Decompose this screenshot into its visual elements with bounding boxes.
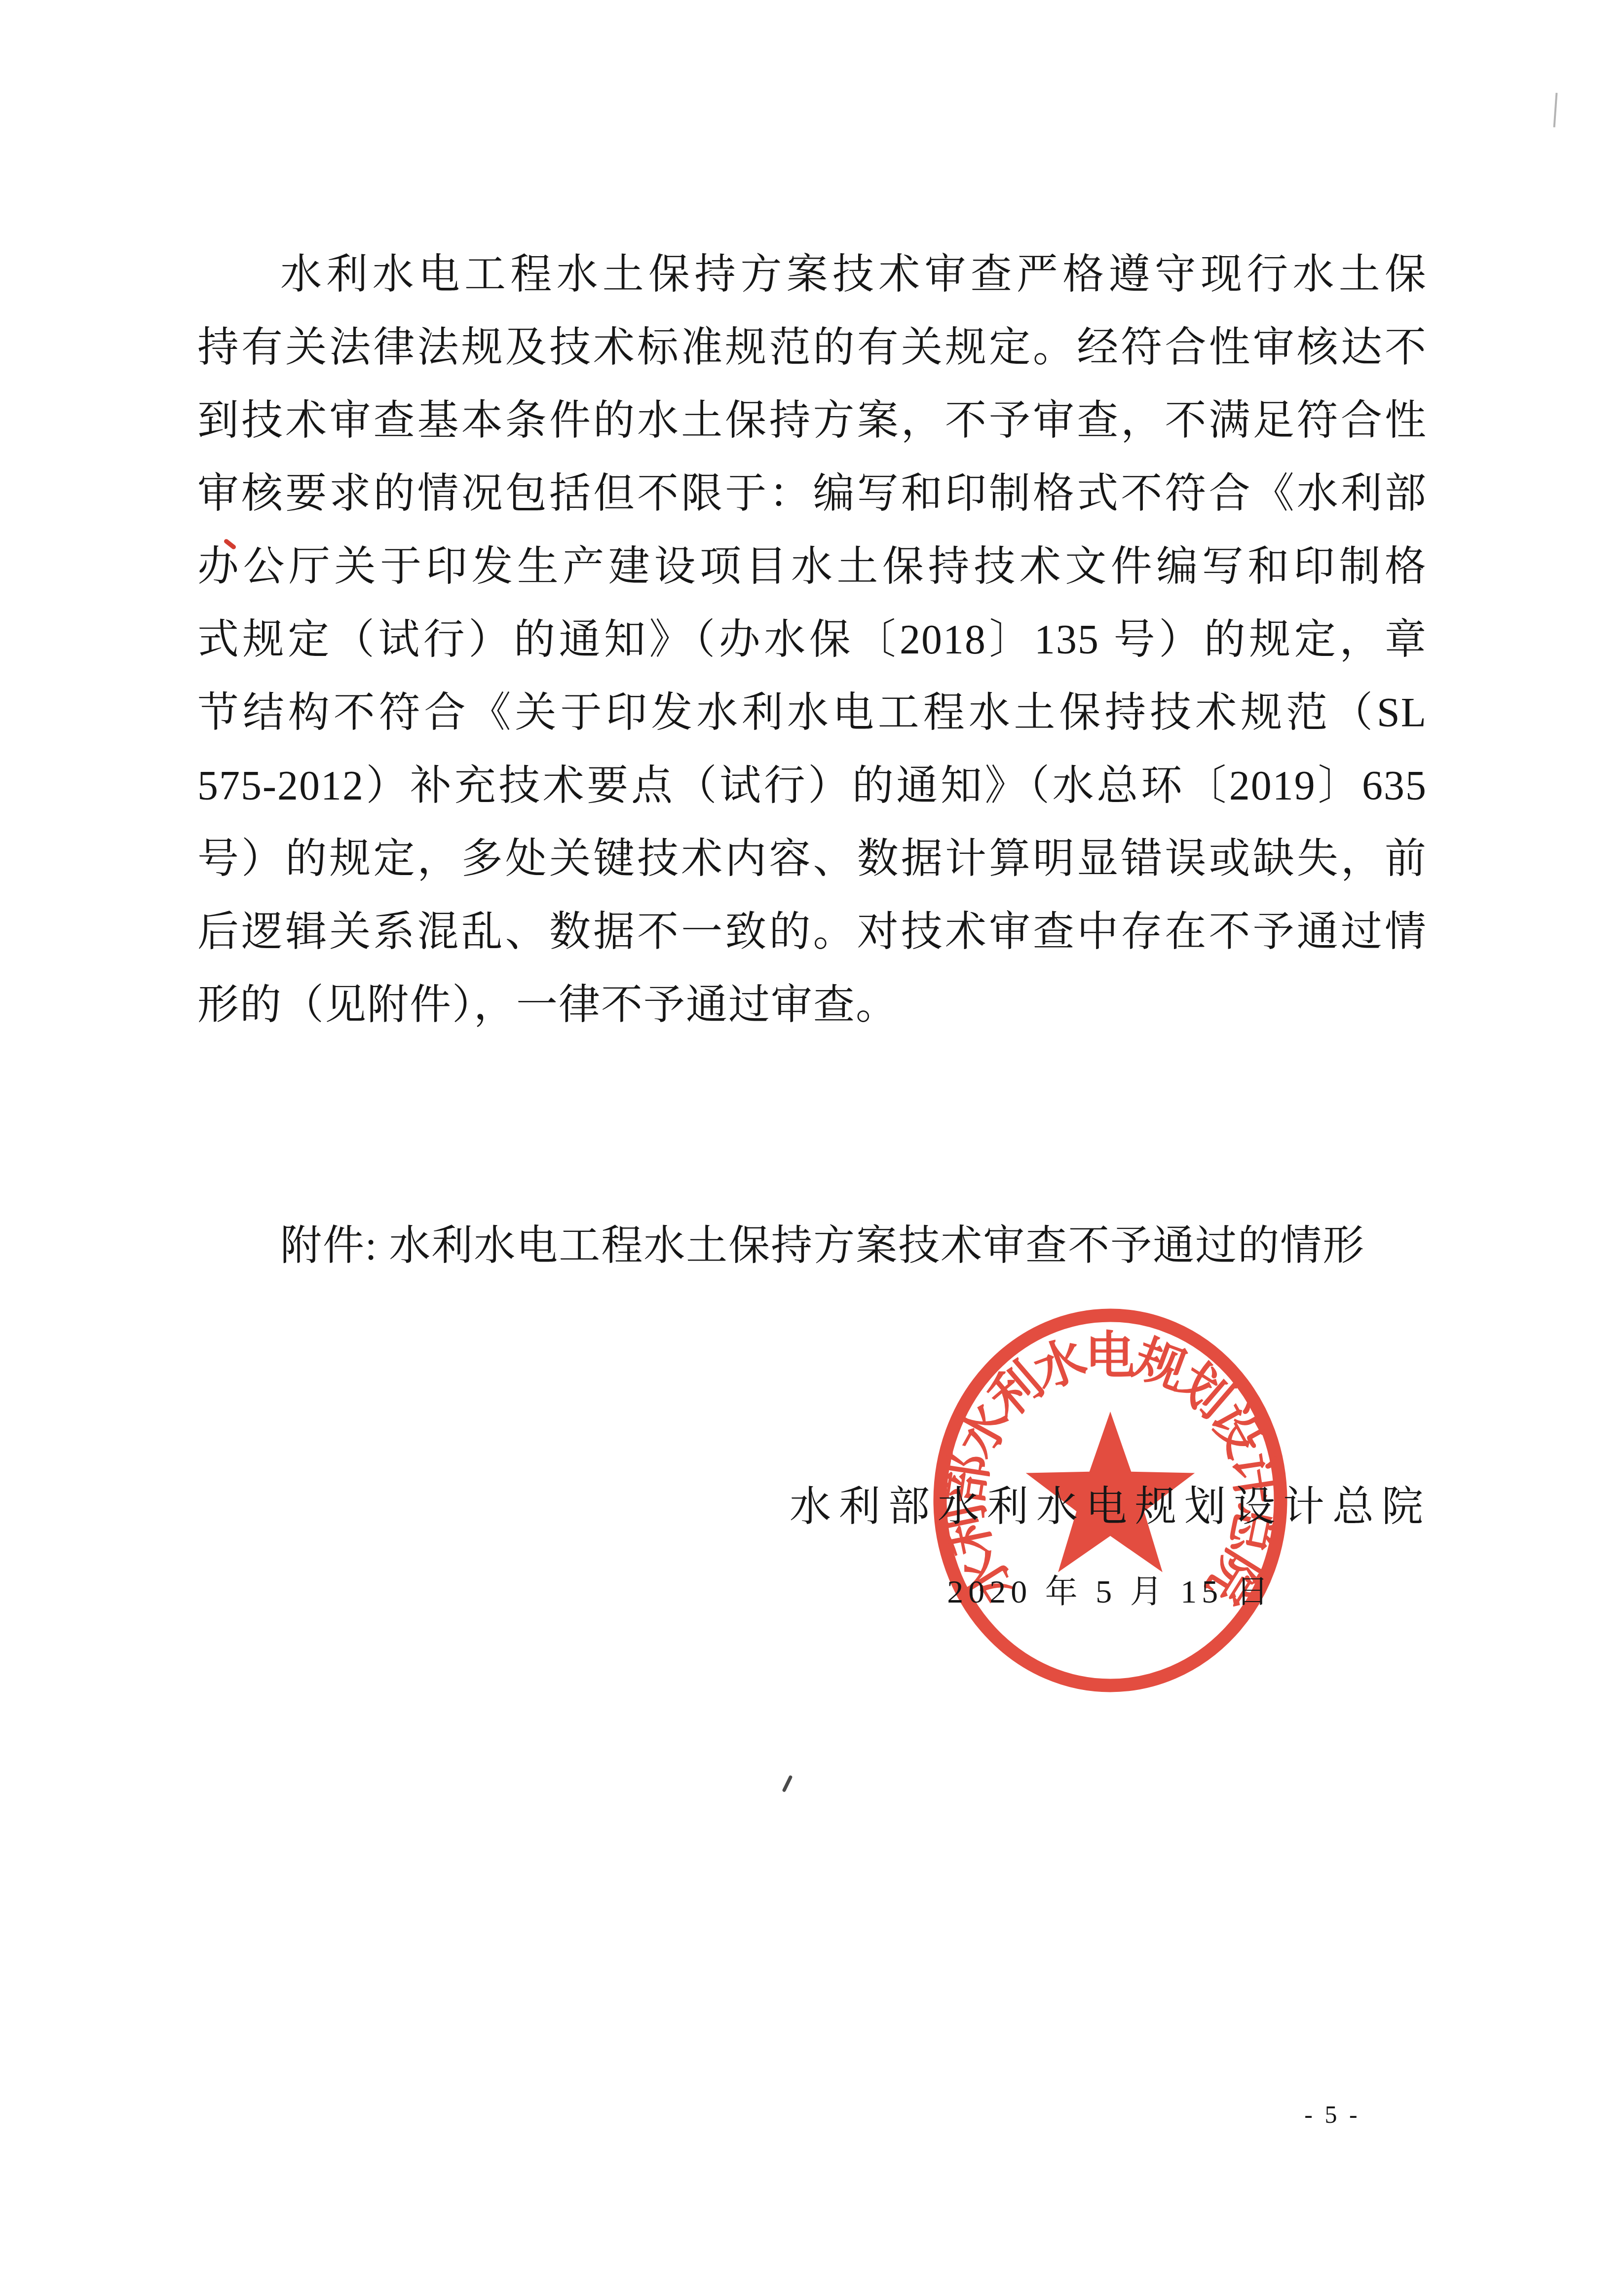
body-line: 节结构不符合《关于印发水利水电工程水土保持技术规范（SL [197, 677, 1427, 750]
body-line: 持有关法律法规及技术标准规范的有关规定。经符合性审核达不 [197, 311, 1427, 384]
body-line: 审核要求的情况包括但不限于：编写和印制格式不符合《水利部 [197, 458, 1427, 531]
body-line: 后逻辑关系混乱、数据不一致的。对技术审查中存在不予通过情 [197, 896, 1427, 969]
body-line: 号）的规定，多处关键技术内容、数据计算明显错误或缺失，前 [197, 823, 1427, 896]
issue-date: 2020 年 5 月 15 日 [750, 1569, 1471, 1615]
body-line: 575-2012）补充技术要点（试行）的通知》（水总环〔2019〕635 [197, 750, 1427, 823]
body-line: 式规定（试行）的通知》（办水保〔2018〕135 号）的规定，章 [197, 604, 1427, 677]
document-page: 水利部水利水电规划设计总院 水利水电工程水土保持方案技术审查严格遵守现行水土保 … [0, 0, 1624, 2296]
pen-mark-artifact [782, 1775, 793, 1792]
issuer-signature: 水利部水利水电规划设计总院 [750, 1481, 1471, 1534]
body-line: 到技术审查基本条件的水土保持方案，不予审查，不满足符合性 [197, 384, 1427, 458]
body-line: 办公厅关于印发生产建设项目水土保持技术文件编写和印制格 [197, 531, 1427, 604]
scan-edge-artifact [1553, 93, 1558, 127]
body-line: 形的（见附件），一律不予通过审查。 [197, 969, 1427, 1042]
seal-character: 电 [1085, 1329, 1135, 1384]
body-paragraph: 水利水电工程水土保持方案技术审查严格遵守现行水土保 持有关法律法规及技术标准规范… [197, 238, 1427, 1042]
body-line: 水利水电工程水土保持方案技术审查严格遵守现行水土保 [197, 238, 1427, 311]
page-number: - 5 - [1273, 2099, 1392, 2130]
attachment-line: 附件: 水利水电工程水土保持方案技术审查不予通过的情形 [197, 1210, 1490, 1283]
